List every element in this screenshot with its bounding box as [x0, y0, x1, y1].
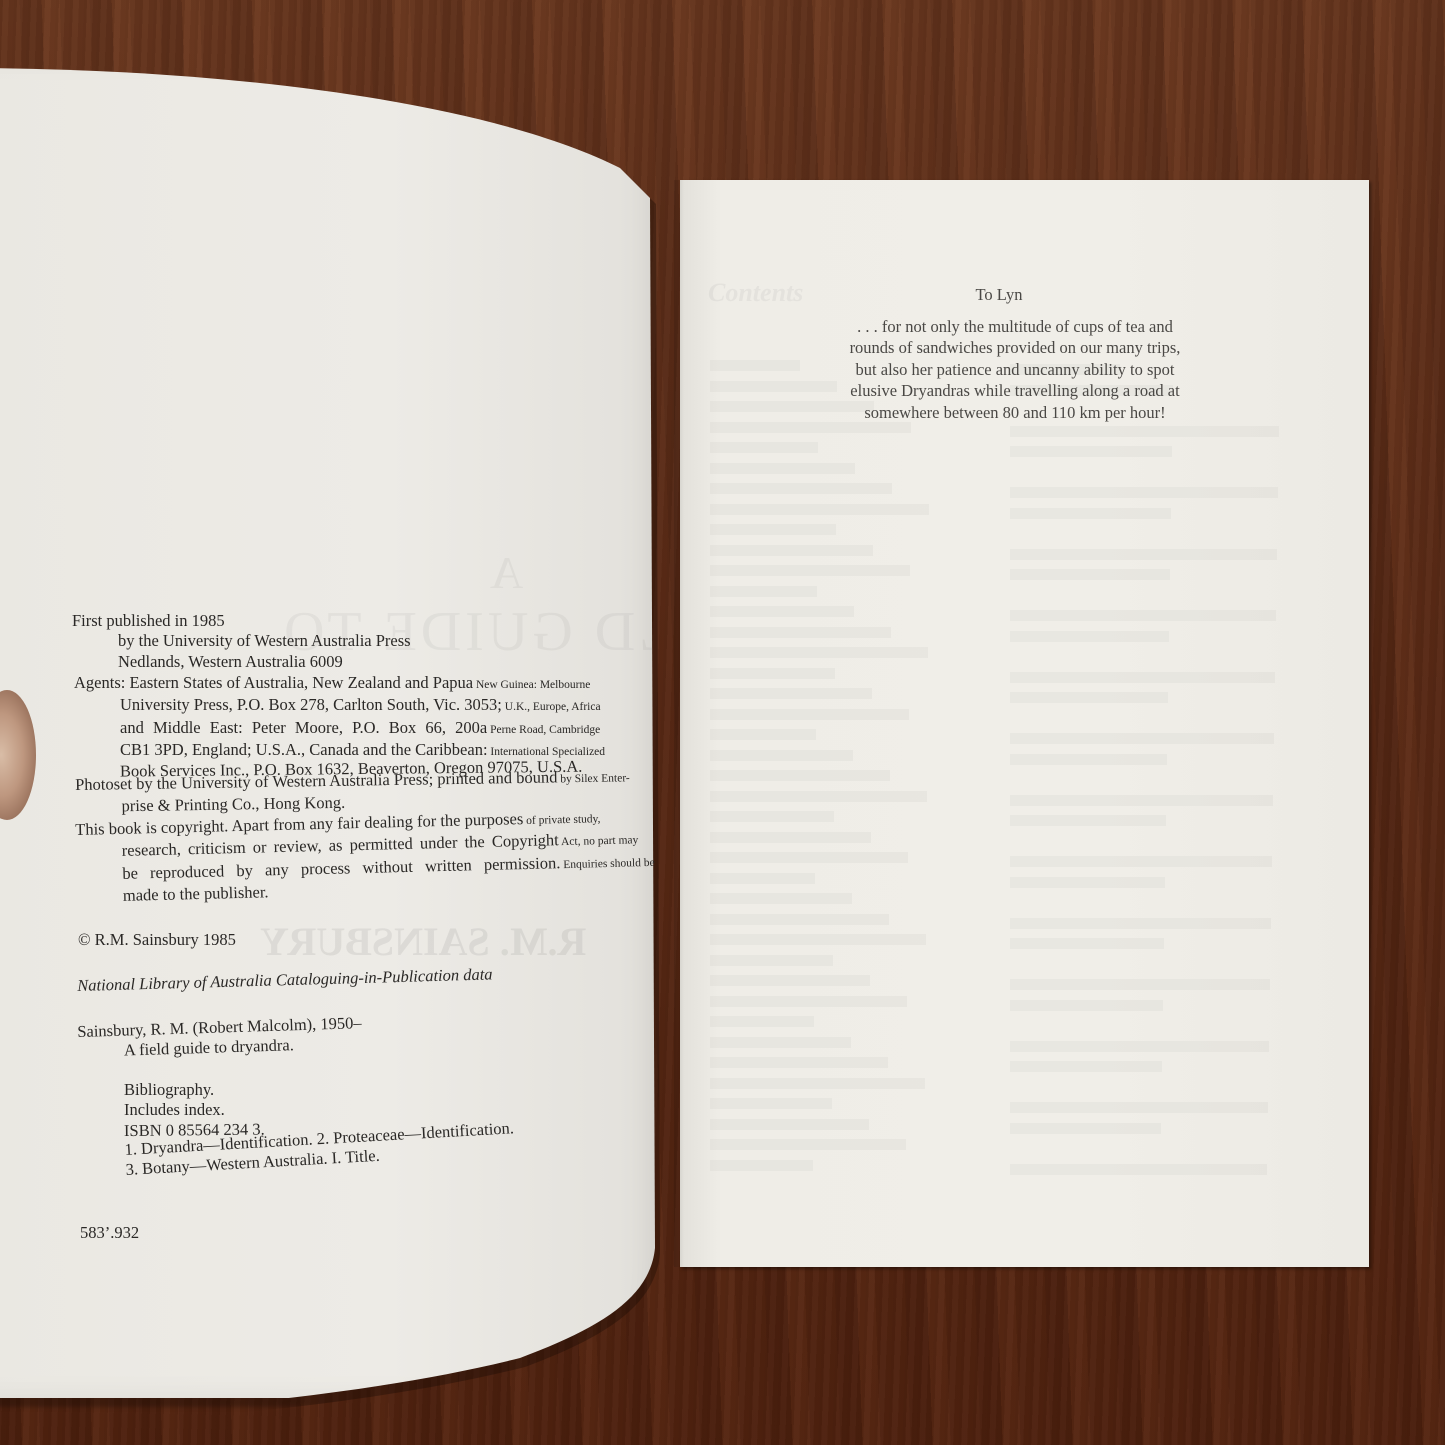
location-line: Nedlands, Western Australia 6009	[72, 652, 411, 672]
dedication-text: . . . for not only the multitude of cups…	[800, 316, 1230, 423]
show-through-title-a: A	[490, 546, 523, 599]
agents-line: and Middle East: Peter Moore, P.O. Box 6…	[74, 718, 684, 740]
cip-notes: Bibliography. Includes index. ISBN 0 855…	[124, 1080, 265, 1141]
copyright-line: © R.M. Sainsbury 1985	[78, 930, 236, 950]
first-published: First published in 1985	[72, 611, 411, 631]
dedication-line: . . . for not only the multitude of cups…	[800, 316, 1230, 337]
dedication-line: but also her patience and uncanny abilit…	[800, 359, 1230, 380]
dedication-line: rounds of sandwiches provided on our man…	[800, 337, 1230, 358]
cip-classification: 583’.932	[80, 1223, 139, 1243]
cip-note: Bibliography.	[124, 1080, 265, 1100]
cip-note: Includes index.	[124, 1100, 265, 1120]
copyright-notice: This book is copyright. Apart from any f…	[75, 805, 685, 907]
right-page: Contents To Lyn . . . for not only the m…	[680, 180, 1369, 1267]
show-through-author: R.M. SAINSBURY	[260, 918, 586, 965]
agents-line: Agents: Eastern States of Australia, New…	[74, 673, 684, 695]
dedication-title: To Lyn	[784, 284, 1214, 305]
agents-line: University Press, P.O. Box 278, Carlton …	[74, 695, 684, 717]
dedication-line: elusive Dryandras while travelling along…	[800, 380, 1230, 401]
publisher-line: by the University of Western Australia P…	[72, 631, 411, 651]
imprint-publication: First published in 1985 by the Universit…	[72, 611, 411, 672]
dedication-line: somewhere between 80 and 110 km per hour…	[800, 402, 1230, 423]
